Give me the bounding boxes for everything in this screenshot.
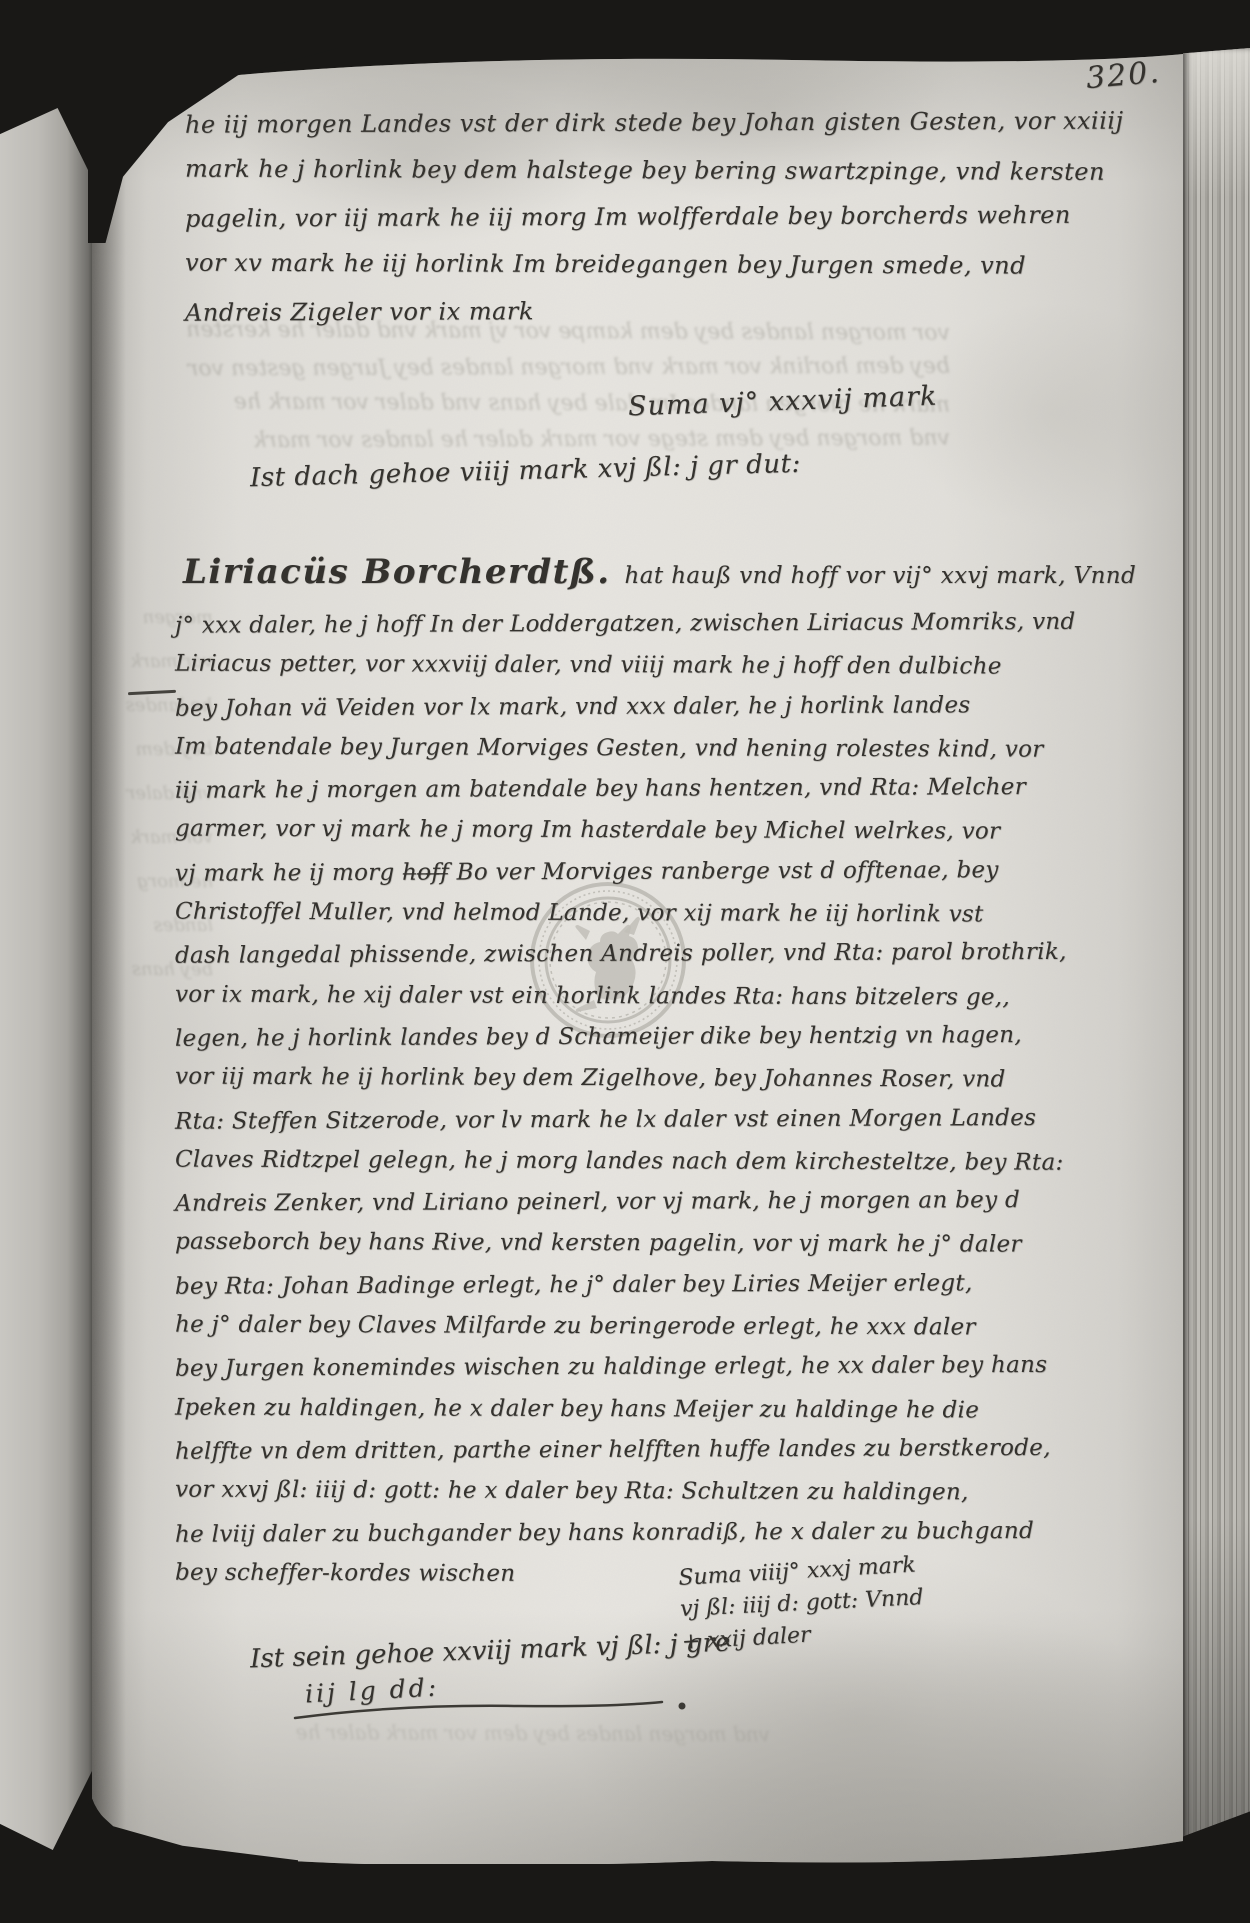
manuscript-line: bey Johan vä Veiden vor lx mark, vnd xxx… (175, 685, 970, 730)
manuscript-line: Claves Ridtzpel gelegn, he j morg landes… (175, 1139, 970, 1183)
manuscript-line: Andreis Zigeler vor ix mark (185, 286, 960, 336)
manuscript-line: Christoffel Muller, vnd helmod Lande, vo… (175, 892, 970, 936)
manuscript-line: vnd morgen bey dem stege vor mark daler … (205, 421, 950, 460)
manuscript-line: bey Jurgen konemindes wischen zu halding… (175, 1346, 970, 1391)
manuscript-line: vor iij mark he ij horlink bey dem Zigel… (175, 1057, 970, 1101)
manuscript-line: he iij morgen Landes vst der dirk stede … (185, 98, 960, 148)
manuscript-line: legen, he j horlink landes bey d Schamei… (175, 1015, 970, 1060)
fore-edge-pages (1183, 48, 1250, 1840)
folio-number: 320. (1085, 55, 1163, 96)
facing-page-edge (0, 108, 96, 1850)
manuscript-line: he j° daler bey Claves Milfarde zu berin… (175, 1305, 970, 1349)
scan-background: { "page": { "folio_number": "320.", "ent… (0, 0, 1250, 1923)
manuscript-line: vor ix mark, he xij daler vst ein horlin… (175, 974, 970, 1018)
manuscript-line: Im batendale bey Jurgen Morviges Gesten,… (175, 727, 970, 771)
entry1-paragraph: he iij morgen Landes vst der dirk stede … (185, 100, 960, 335)
manuscript-line: mark he j horlink bey dem halstege bey b… (185, 146, 960, 196)
manuscript-line: pagelin, vor iij mark he iij morg Im wol… (185, 192, 960, 242)
manuscript-line: bey Rta: Johan Badinge erlegt, he j° dal… (175, 1263, 970, 1308)
manuscript-line: he lviij daler zu buchgander bey hans ko… (175, 1511, 970, 1556)
manuscript-line: j° xxx daler, he j hoff In der Loddergat… (175, 602, 970, 647)
manuscript-line: garmer, vor vj mark he j morg Im hasterd… (175, 809, 970, 853)
manuscript-line: helffte vn dem dritten, parthe einer hel… (175, 1428, 970, 1473)
manuscript-line: iij mark he j morgen am batendale bey ha… (175, 767, 970, 812)
manuscript-line: Rta: Steffen Sitzerode, vor lv mark he l… (175, 1098, 970, 1143)
manuscript-line: dash langedal phissende, zwischen Andrei… (175, 933, 970, 978)
manuscript-line: Andreis Zenker, vnd Liriano peinerl, vor… (175, 1180, 970, 1225)
manuscript-line: vor xxvj ßl: iiij d: gott: he x daler be… (175, 1470, 970, 1514)
manuscript-line: vj mark he ij morg h̶o̶f̶f̶ Bo ver Morvi… (175, 850, 970, 895)
entry2-heading-name: Liriacüs Borcherdtß. (183, 552, 611, 592)
flourish-underline (290, 1694, 690, 1724)
entry2-paragraph: j° xxx daler, he j hoff In der Loddergat… (175, 604, 970, 1595)
entry2-heading: Liriacüs Borcherdtß.hat hauß vnd hoff vo… (183, 552, 1136, 592)
manuscript-line: vor xv mark he iij horlink Im breidegang… (185, 240, 960, 290)
manuscript-line: Ipeken zu haldingen, he x daler bey hans… (175, 1387, 970, 1431)
manuscript-line: Liriacus petter, vor xxxviij daler, vnd … (175, 644, 970, 688)
entry2-heading-continuation: hat hauß vnd hoff vor vij° xxvj mark, Vn… (625, 563, 1137, 589)
manuscript-line: passeborch bey hans Rive, vnd kersten pa… (175, 1222, 970, 1266)
manuscript-line: bey dem horlink vor mark vnd morgen land… (205, 349, 950, 388)
